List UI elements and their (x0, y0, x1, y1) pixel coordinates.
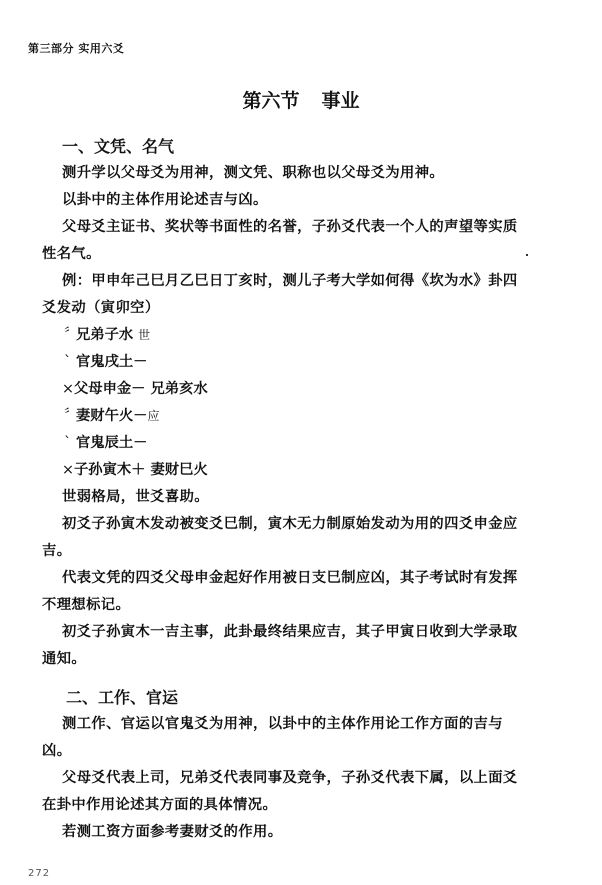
section-number: 第六节 (242, 90, 299, 112)
example-line: 例：甲申年己巳月乙巳日丁亥时，测儿子考大学如何得《坎为水》卦四 (62, 270, 518, 290)
subheading-work-career: 二、工作、官运 (66, 685, 178, 708)
paragraph: 父母爻主证书、奖状等书面性的名誉，子孙爻代表一个人的声望等实质 (62, 216, 518, 236)
hexagram-line-2: ˋ官鬼辰土－ (64, 432, 147, 452)
stray-dot (526, 254, 528, 256)
paragraph: 父母爻代表上司，兄弟爻代表同事及竞争，子孙爻代表下属，以上面爻 (62, 767, 518, 787)
example-line-cont: 爻发动（寅卯空） (42, 297, 160, 317)
paragraph-cont: 性名气。 (42, 243, 101, 263)
paragraph: 代表文凭的四爻父母申金起好作用被日支巳制应凶，其子考试时有发挥 (62, 567, 518, 587)
paragraph: 以卦中的主体作用论述吉与凶。 (62, 189, 268, 209)
running-head: 第三部分 实用六爻 (28, 40, 124, 56)
paragraph: 初爻子孙寅木发动被变爻巳制，寅木无力制原始发动为用的四爻申金应 (62, 513, 518, 533)
paragraph-cont: 凶。 (42, 740, 71, 760)
hexagram-line-6: 〞兄弟子水 世 (64, 324, 150, 344)
paragraph-cont: 在卦中作用论述其方面的具体情况。 (42, 794, 277, 814)
paragraph: 初爻子孙寅木一吉主事，此卦最终结果应吉，其子甲寅日收到大学录取 (62, 621, 518, 641)
section-title: 第六节事业 (0, 86, 602, 113)
hexagram-line-4: ×父母申金－ 兄弟亥水 (62, 378, 208, 398)
paragraph: 测升学以父母爻为用神，测文凭、职称也以父母爻为用神。 (62, 162, 444, 182)
paragraph-cont: 不理想标记。 (42, 594, 130, 614)
hexagram-line-3: 〞妻财午火－应 (64, 405, 160, 425)
section-name: 事业 (322, 90, 360, 112)
hexagram-line-5: ˋ官鬼戌土－ (64, 351, 147, 371)
paragraph-cont: 通知。 (42, 648, 86, 668)
hexagram-line-1: ×子孙寅木＋ 妻财巳火 (62, 459, 208, 479)
subheading-diploma-fame: 一、文凭、名气 (62, 134, 174, 157)
paragraph: 世弱格局，世爻喜助。 (62, 486, 209, 506)
paragraph: 若测工资方面参考妻财爻的作用。 (62, 821, 282, 841)
page-number: 272 (28, 868, 50, 879)
paragraph-cont: 吉。 (42, 540, 71, 560)
paragraph: 测工作、官运以官鬼爻为用神，以卦中的主体作用论工作方面的吉与 (62, 713, 503, 733)
example-label: 例： (62, 273, 91, 289)
